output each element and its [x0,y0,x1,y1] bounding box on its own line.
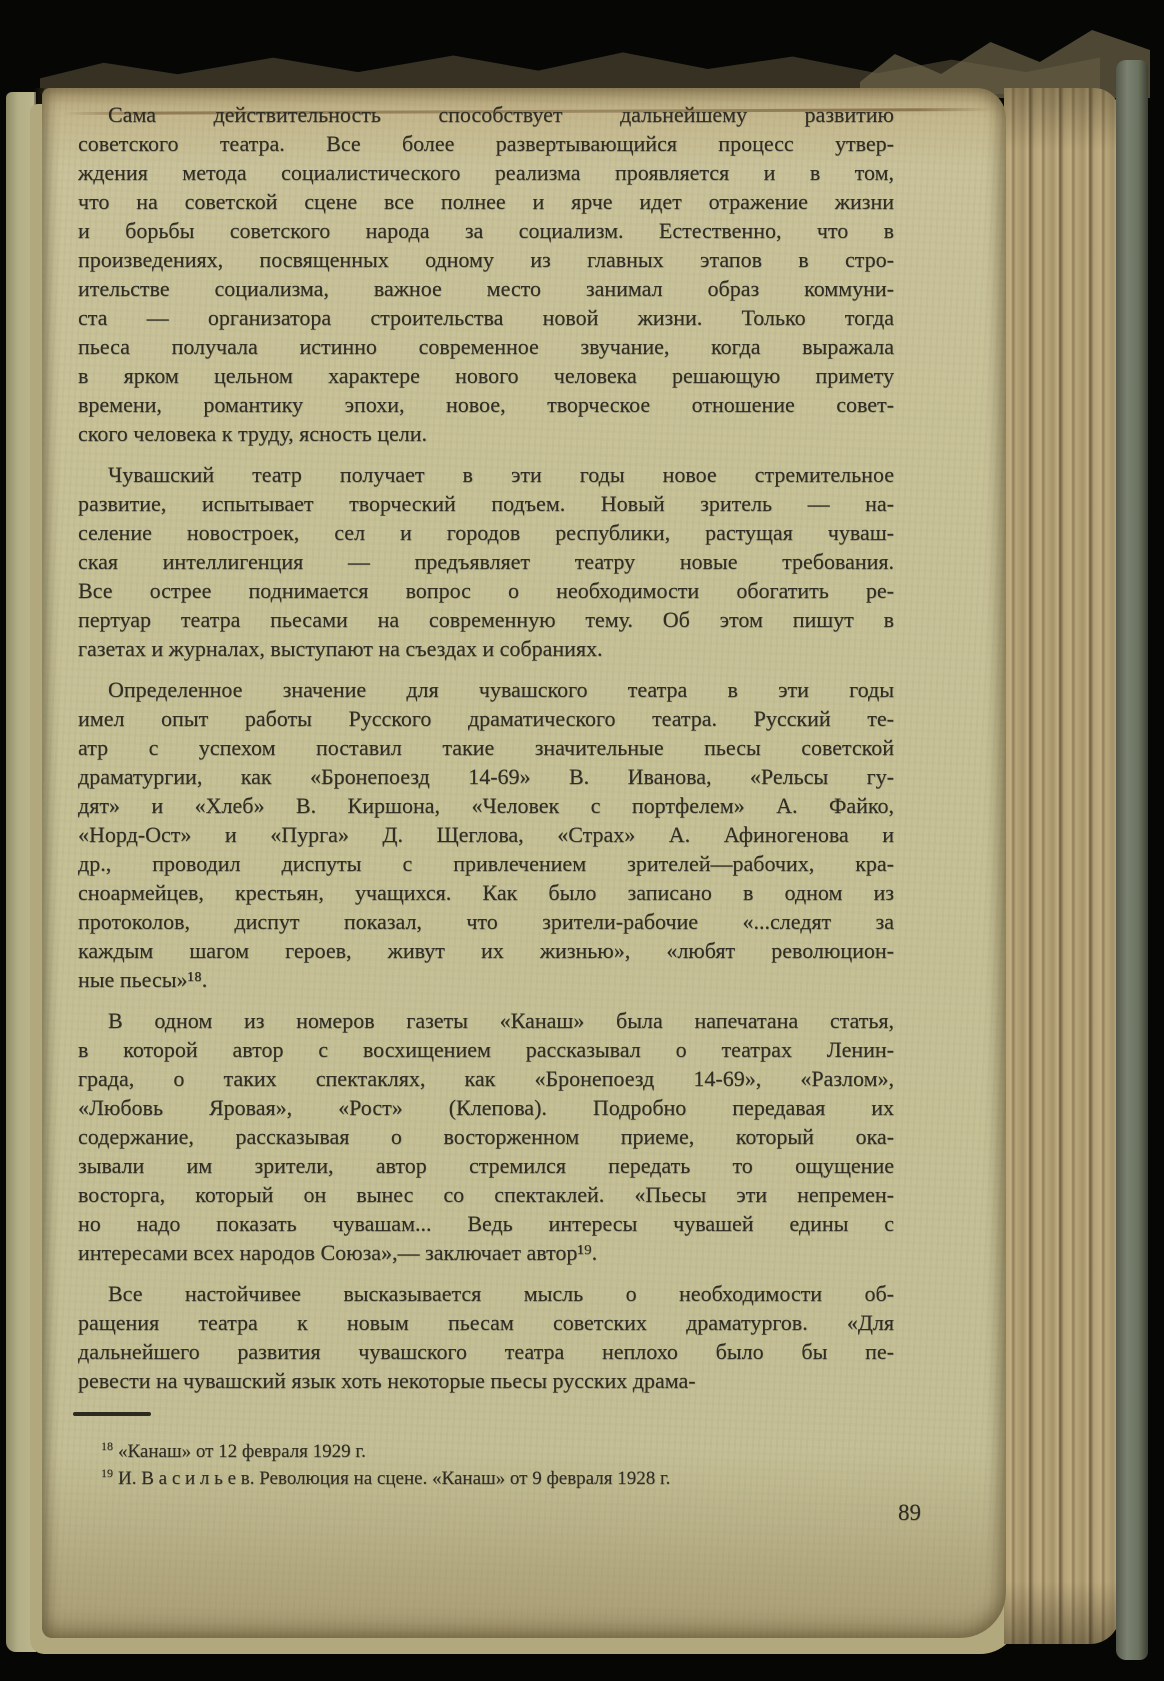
footnote: 18«Канаш» от 12 февраля 1929 г. [73,1438,933,1465]
paragraphs: Сама действительность способствует дальн… [78,100,894,1395]
text-line: «Любовь Яровая», «Рост» (Клепова). Подро… [78,1093,894,1122]
torn-paper-edge [860,18,1150,98]
text-line: развитие, испытывает творческий подъем. … [78,489,894,518]
text-line: имел опыт работы Русского драматического… [78,704,894,733]
text-line: ского человека к труду, ясность цели. [78,419,894,448]
text-line: интересами всех народов Союза»,— заключа… [78,1238,894,1267]
text-line: ждения метода социалистического реализма… [78,158,894,187]
text-line: ская интеллигенция — предъявляет театру … [78,547,894,576]
text-line: пьеса получала истинно современное звуча… [78,332,894,361]
text-line: В одном из номеров газеты «Канаш» была н… [78,1006,894,1035]
book-cover-edge [1116,60,1148,1660]
footnote-marker: 19 [101,1466,113,1480]
page-stack-fore-edge [1004,88,1120,1644]
text-line: и борьбы советского народа за социализм.… [78,216,894,245]
paragraph: В одном из номеров газеты «Канаш» была н… [78,1006,894,1267]
text-line: восторга, который он вынес со спектаклей… [78,1180,894,1209]
text-line: Сама действительность способствует дальн… [78,100,894,129]
text-line: Все настойчивее высказывается мысль о не… [78,1279,894,1308]
text-line: советского театра. Все более развертываю… [78,129,894,158]
text-line: протоколов, диспут показал, что зрители-… [78,907,894,936]
footnote-text: «Канаш» от 12 февраля 1929 г. [118,1441,366,1462]
page-number: 89 [898,1500,921,1526]
text-line: времени, романтику эпохи, новое, творчес… [78,390,894,419]
text-line: пертуар театра пьесами на современную те… [78,605,894,634]
paragraph: Сама действительность способствует дальн… [78,100,894,448]
text-line: произведениях, посвященных одному из гла… [78,245,894,274]
footnote-divider [73,1412,151,1416]
scanned-book-photo: Сама действительность способствует дальн… [0,0,1164,1681]
text-line: в которой автор с восхищением рассказыва… [78,1035,894,1064]
text-line: Определенное значение для чувашского теа… [78,675,894,704]
text-line: газетах и журналах, выступают на съездах… [78,634,894,663]
footnotes: 18«Канаш» от 12 февраля 1929 г.19И. В а … [73,1438,933,1492]
text-line: Все острее поднимается вопрос о необходи… [78,576,894,605]
text-line: ревести на чувашский язык хоть некоторые… [78,1366,894,1395]
footnote-marker: 18 [101,1439,113,1453]
text-line: атр с успехом поставил такие значительны… [78,733,894,762]
text-line: каждым шагом героев, живут их жизнью», «… [78,936,894,965]
text-line: но надо показать чувашам... Ведь интерес… [78,1209,894,1238]
text-line: града, о таких спектаклях, как «Бронепое… [78,1064,894,1093]
text-line: ительстве социализма, важное место заним… [78,274,894,303]
text-line: в ярком цельном характере нового человек… [78,361,894,390]
text-line: «Норд-Ост» и «Пурга» Д. Щеглова, «Страх»… [78,820,894,849]
footnote: 19И. В а с и л ь е в. Революция на сцене… [73,1465,933,1492]
text-line: драматургии, как «Бронепоезд 14-69» В. И… [78,762,894,791]
text-line: содержание, рассказывая о восторженном п… [78,1122,894,1151]
body-text: Сама действительность способствует дальн… [78,100,894,1395]
text-line: др., проводил диспуты с привлечением зри… [78,849,894,878]
text-line: селение новостроек, сел и городов респуб… [78,518,894,547]
text-line: ные пьесы»¹⁸. [78,965,894,994]
text-line: Чувашский театр получает в эти годы ново… [78,460,894,489]
text-line: ста — организатора строительства новой ж… [78,303,894,332]
text-line: дальнейшего развития чувашского театра н… [78,1337,894,1366]
text-line: зывали им зрители, автор стремился перед… [78,1151,894,1180]
text-line: сноармейцев, крестьян, учащихся. Как был… [78,878,894,907]
book-page: Сама действительность способствует дальн… [42,88,1006,1638]
text-line: ращения театра к новым пьесам советских … [78,1308,894,1337]
paragraph: Все настойчивее высказывается мысль о не… [78,1279,894,1395]
footnote-section: 18«Канаш» от 12 февраля 1929 г.19И. В а … [73,1412,933,1492]
paragraph: Определенное значение для чувашского теа… [78,675,894,994]
text-line: что на советской сцене все полнее и ярче… [78,187,894,216]
paragraph: Чувашский театр получает в эти годы ново… [78,460,894,663]
text-line: дят» и «Хлеб» В. Киршона, «Человек с пор… [78,791,894,820]
footnote-text: И. В а с и л ь е в. Революция на сцене. … [118,1468,670,1489]
